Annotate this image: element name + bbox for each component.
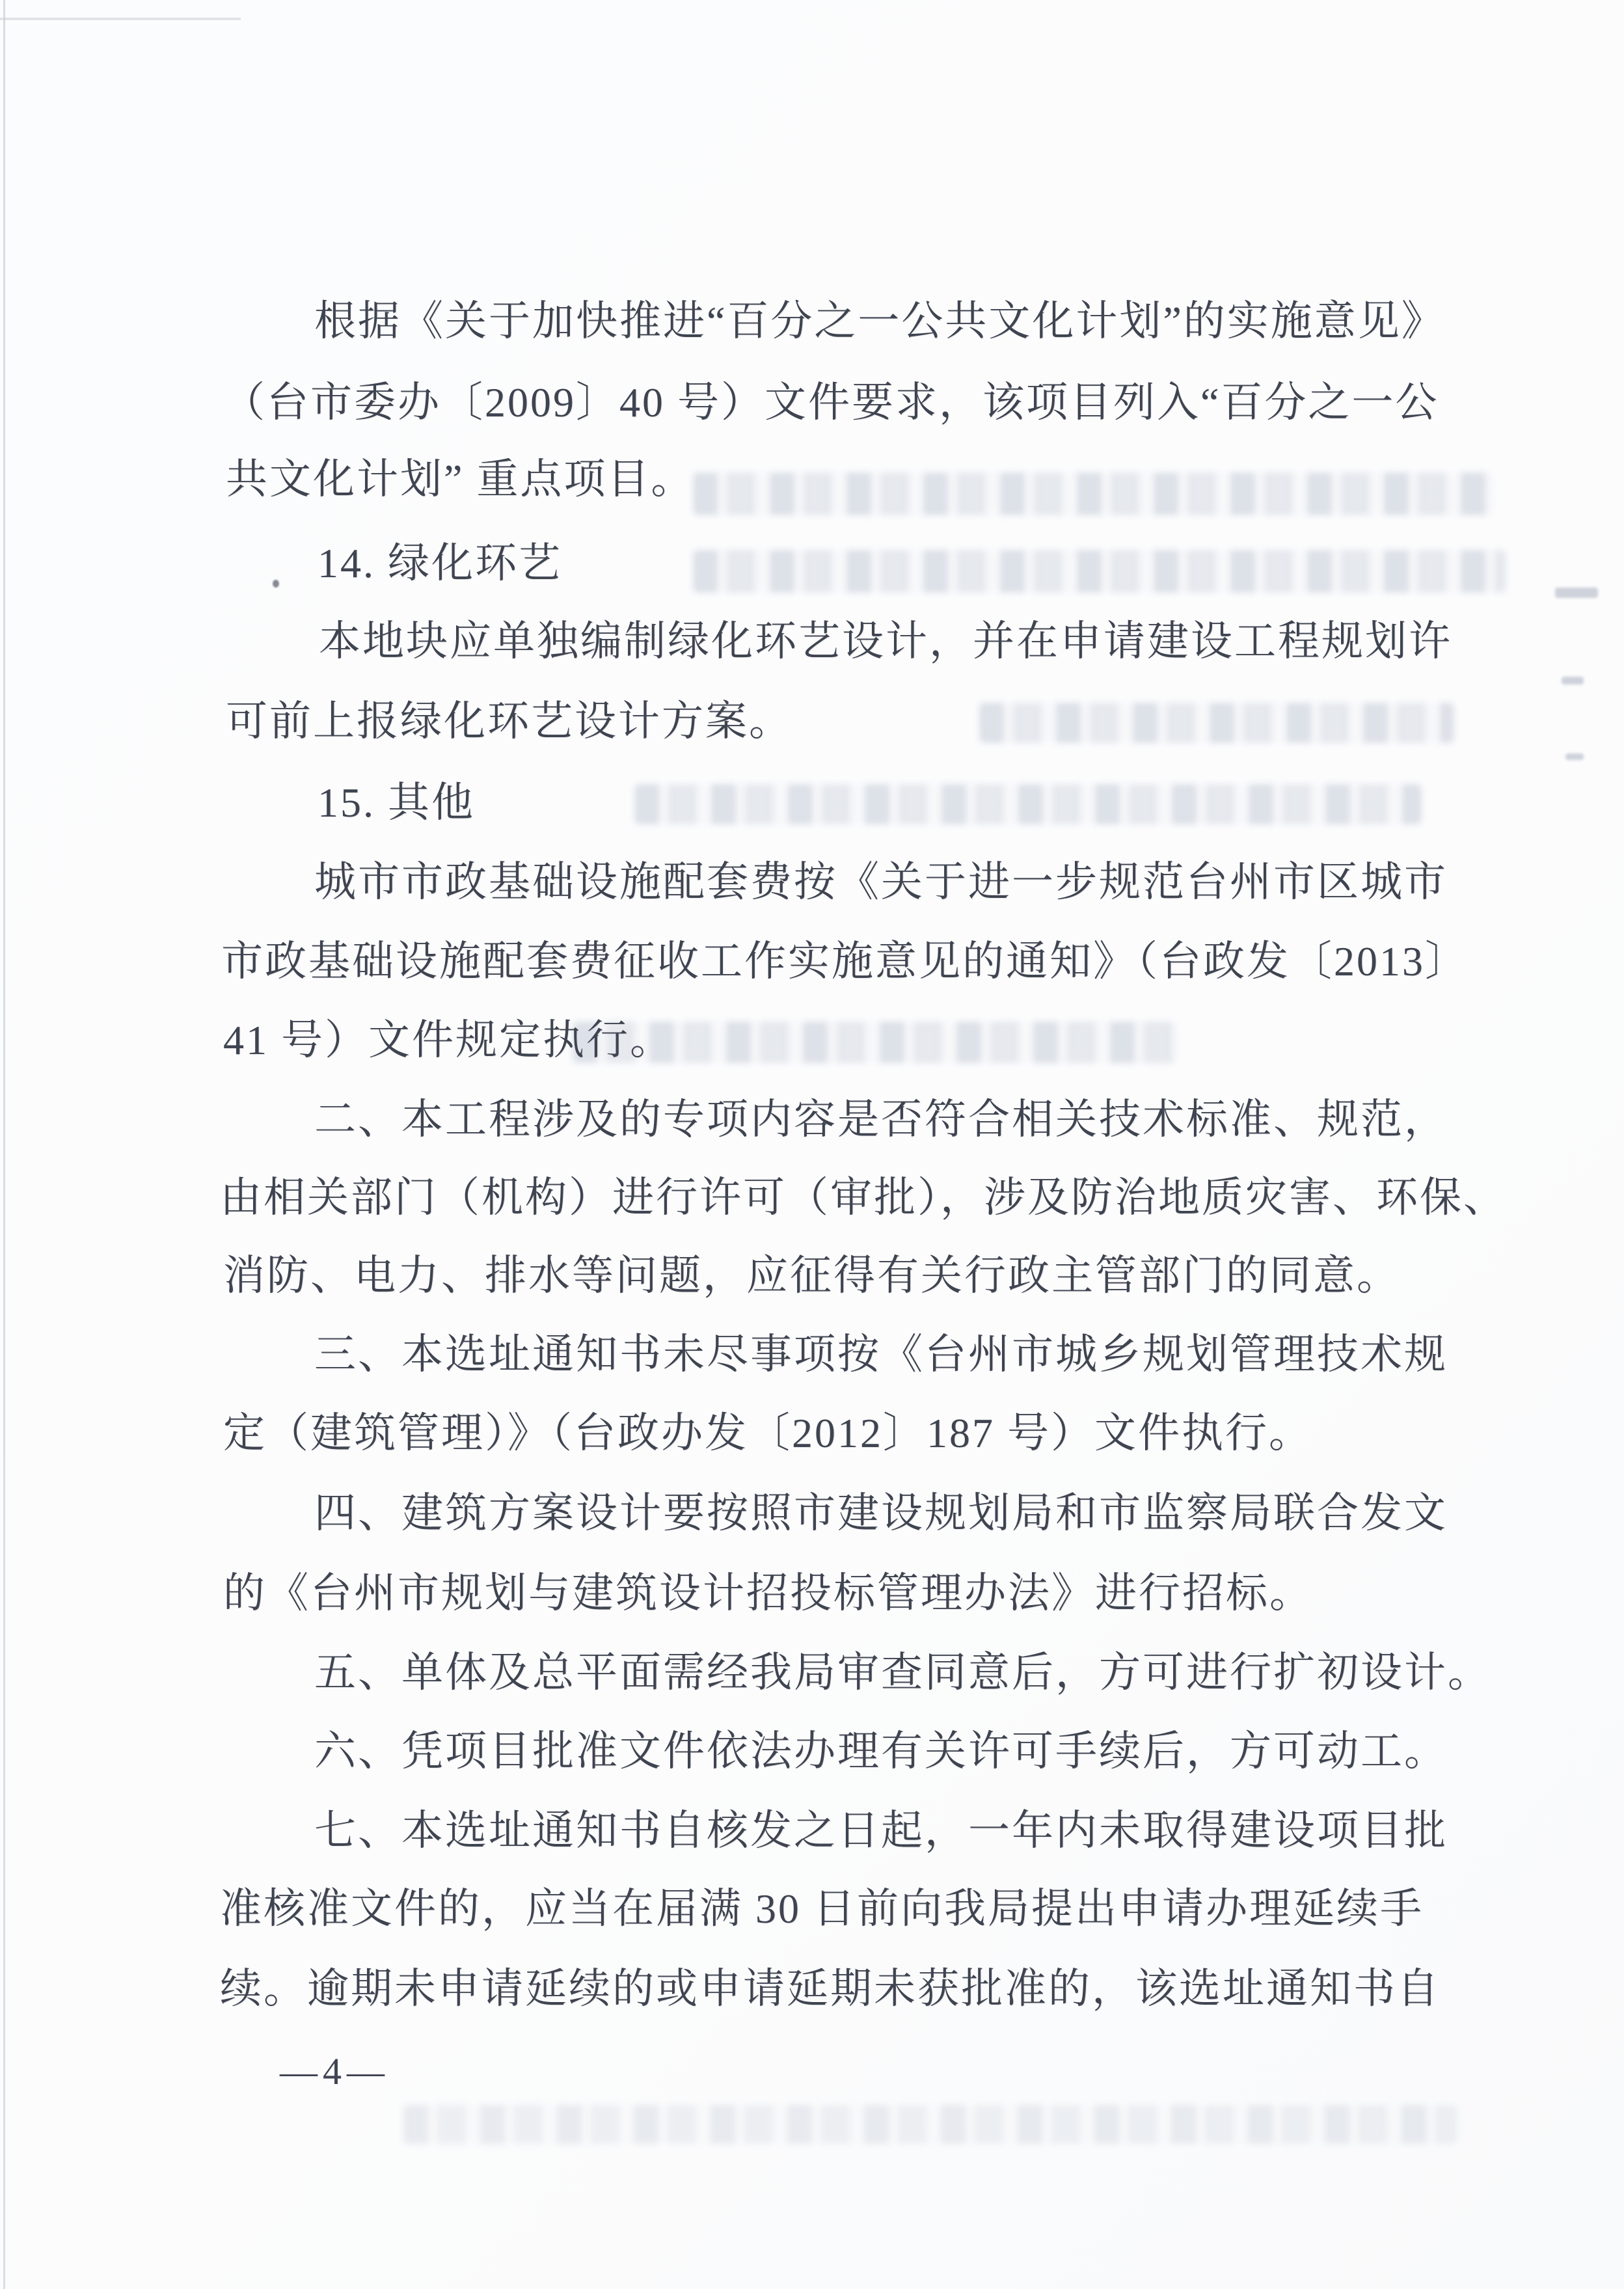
document-line: 根据《关于加快推进“百分之一公共文化计划”的实施意见》 [314, 297, 1445, 345]
document-line: 四、建筑方案设计要按照市建设规划局和市监察局联合发文 [314, 1489, 1448, 1537]
document-line: 五、单体及总平面需经我局审查同意后，方可进行扩初设计。 [314, 1649, 1491, 1697]
document-line: 由相关部门（机构）进行许可（审批），涉及防治地质灾害、环保、 [220, 1174, 1507, 1222]
section-heading-15: 15. 其他 [318, 779, 475, 827]
bleedthrough-ghost [979, 703, 1454, 743]
section-heading-14: 14. 绿化环艺 [318, 539, 562, 588]
scan-speck [1555, 588, 1598, 598]
document-line: 六、凭项目批准文件依法办理有关许可手续后，方可动工。 [314, 1727, 1448, 1776]
ink-speck [273, 580, 279, 588]
document-line: 的《台州市规划与建筑设计招投标管理办法》进行招标。 [223, 1569, 1313, 1618]
document-line: 七、本选址通知书自核发之日起，一年内未取得建设项目批 [314, 1807, 1448, 1855]
scan-streak [0, 18, 241, 20]
document-line: 准核准文件的，应当在届满 30 日前向我局提出申请办理延续手 [220, 1885, 1424, 1933]
document-line: 41 号）文件规定执行。 [223, 1016, 673, 1064]
document-line: 二、本工程涉及的专项内容是否符合相关技术标准、规范， [314, 1096, 1448, 1144]
page-number: —4— [280, 2051, 390, 2093]
document-line: 城市市政基础设施配套费按《关于进一步规范台州市区城市 [314, 858, 1448, 906]
document-line: 市政基础设施配套费征收工作实施意见的通知》（台政发〔2013〕 [221, 938, 1468, 986]
document-line: 续。逾期未申请延续的或申请延期未获批准的，该选址通知书自 [220, 1965, 1441, 2013]
bleedthrough-ghost [634, 784, 1422, 824]
document-line: （台市委办〔2009〕40 号）文件要求，该项目列入“百分之一公 [223, 379, 1439, 427]
bleedthrough-ghost [403, 2105, 1457, 2144]
document-line: 本地块应单独编制绿化环艺设计，并在申请建设工程规划许 [319, 617, 1452, 666]
bleedthrough-ghost [693, 550, 1506, 593]
document-line: 共文化计划” 重点项目。 [226, 455, 694, 504]
scan-speck [1565, 753, 1584, 760]
document-line: 三、本选址通知书未尽事项按《台州市城乡规划管理技术规 [314, 1331, 1448, 1379]
scan-edge-line [3, 0, 5, 2289]
scanned-document-page: 根据《关于加快推进“百分之一公共文化计划”的实施意见》 （台市委办〔2009〕4… [0, 0, 1624, 2289]
bleedthrough-ghost [693, 472, 1493, 515]
document-line: 定（建筑管理）》（台政办发〔2012〕187 号）文件执行。 [223, 1409, 1312, 1457]
document-line: 消防、电力、排水等问题，应征得有关行政主管部门的同意。 [223, 1252, 1400, 1300]
document-line: 可前上报绿化环艺设计方案。 [226, 698, 792, 746]
scan-speck [1562, 677, 1584, 684]
